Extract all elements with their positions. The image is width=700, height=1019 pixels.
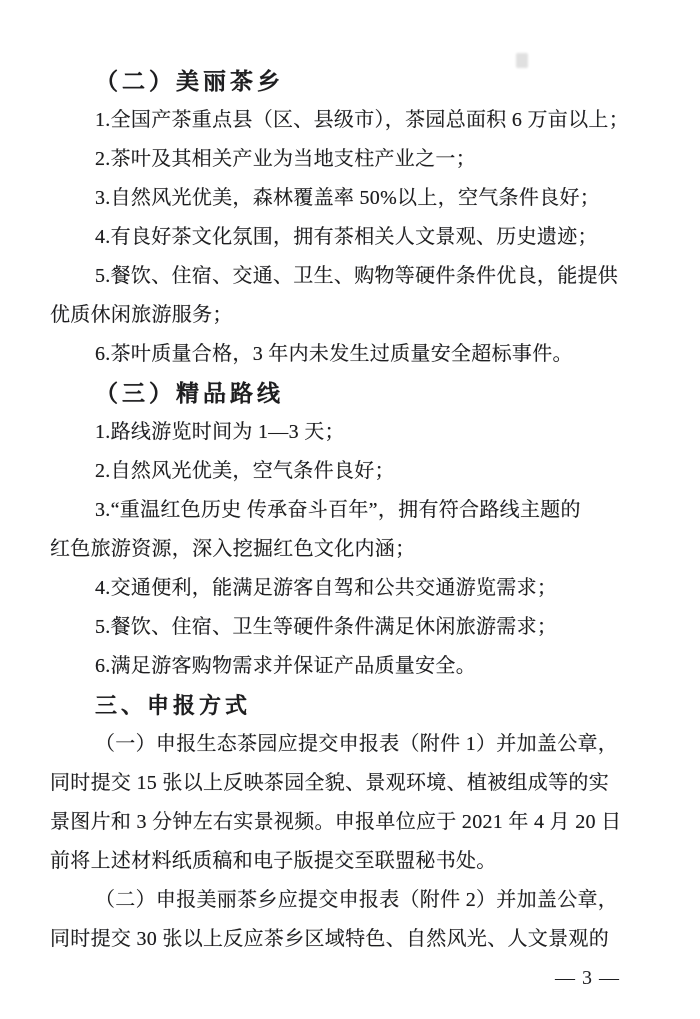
- paragraph-line: 同时提交 15 张以上反映茶园全貌、景观环境、植被组成等的实: [50, 764, 632, 803]
- paragraph-line: 同时提交 30 张以上反应茶乡区域特色、自然风光、人文景观的: [50, 920, 632, 959]
- paragraph-line: 1.全国产茶重点县（区、县级市），茶园总面积 6 万亩以上；: [50, 101, 632, 140]
- paragraph-line: 4.有良好茶文化氛围，拥有茶相关人文景观、历史遗迹；: [50, 218, 632, 257]
- paragraph-line: （一）申报生态茶园应提交申报表（附件 1）并加盖公章，: [50, 725, 632, 764]
- paragraph-line: 3.自然风光优美，森林覆盖率 50%以上，空气条件良好；: [50, 179, 632, 218]
- paragraph-line: 1.路线游览时间为 1—3 天；: [50, 413, 632, 452]
- paragraph-line: 优质休闲旅游服务；: [50, 296, 632, 335]
- paragraph-line: 前将上述材料纸质稿和电子版提交至联盟秘书处。: [50, 842, 632, 881]
- paragraph-line: 4.交通便利，能满足游客自驾和公共交通游览需求；: [50, 569, 632, 608]
- section-heading-application-method: 三、申报方式: [50, 686, 632, 725]
- paragraph-line: 3.“重温红色历史 传承奋斗百年”，拥有符合路线主题的: [50, 491, 632, 530]
- section-heading-beautiful-tea-town: （二）美丽茶乡: [50, 62, 632, 101]
- scanned-document-page: （二）美丽茶乡 1.全国产茶重点县（区、县级市），茶园总面积 6 万亩以上； 2…: [0, 0, 700, 1019]
- paragraph-line: 5.餐饮、住宿、卫生等硬件条件满足休闲旅游需求；: [50, 608, 632, 647]
- paragraph-line: 2.自然风光优美，空气条件良好；: [50, 452, 632, 491]
- paragraph-line: 6.满足游客购物需求并保证产品质量安全。: [50, 647, 632, 686]
- page-number: — 3 —: [50, 959, 632, 998]
- paragraph-line: 6.茶叶质量合格，3 年内未发生过质量安全超标事件。: [50, 335, 632, 374]
- paragraph-line: 景图片和 3 分钟左右实景视频。申报单位应于 2021 年 4 月 20 日: [50, 803, 632, 842]
- document-body: （二）美丽茶乡 1.全国产茶重点县（区、县级市），茶园总面积 6 万亩以上； 2…: [50, 62, 632, 998]
- paragraph-line: 红色旅游资源，深入挖掘红色文化内涵；: [50, 530, 632, 569]
- paragraph-line: 5.餐饮、住宿、交通、卫生、购物等硬件条件优良，能提供: [50, 257, 632, 296]
- paragraph-line: 2.茶叶及其相关产业为当地支柱产业之一；: [50, 140, 632, 179]
- section-heading-premium-routes: （三）精品路线: [50, 374, 632, 413]
- paragraph-line: （二）申报美丽茶乡应提交申报表（附件 2）并加盖公章，: [50, 881, 632, 920]
